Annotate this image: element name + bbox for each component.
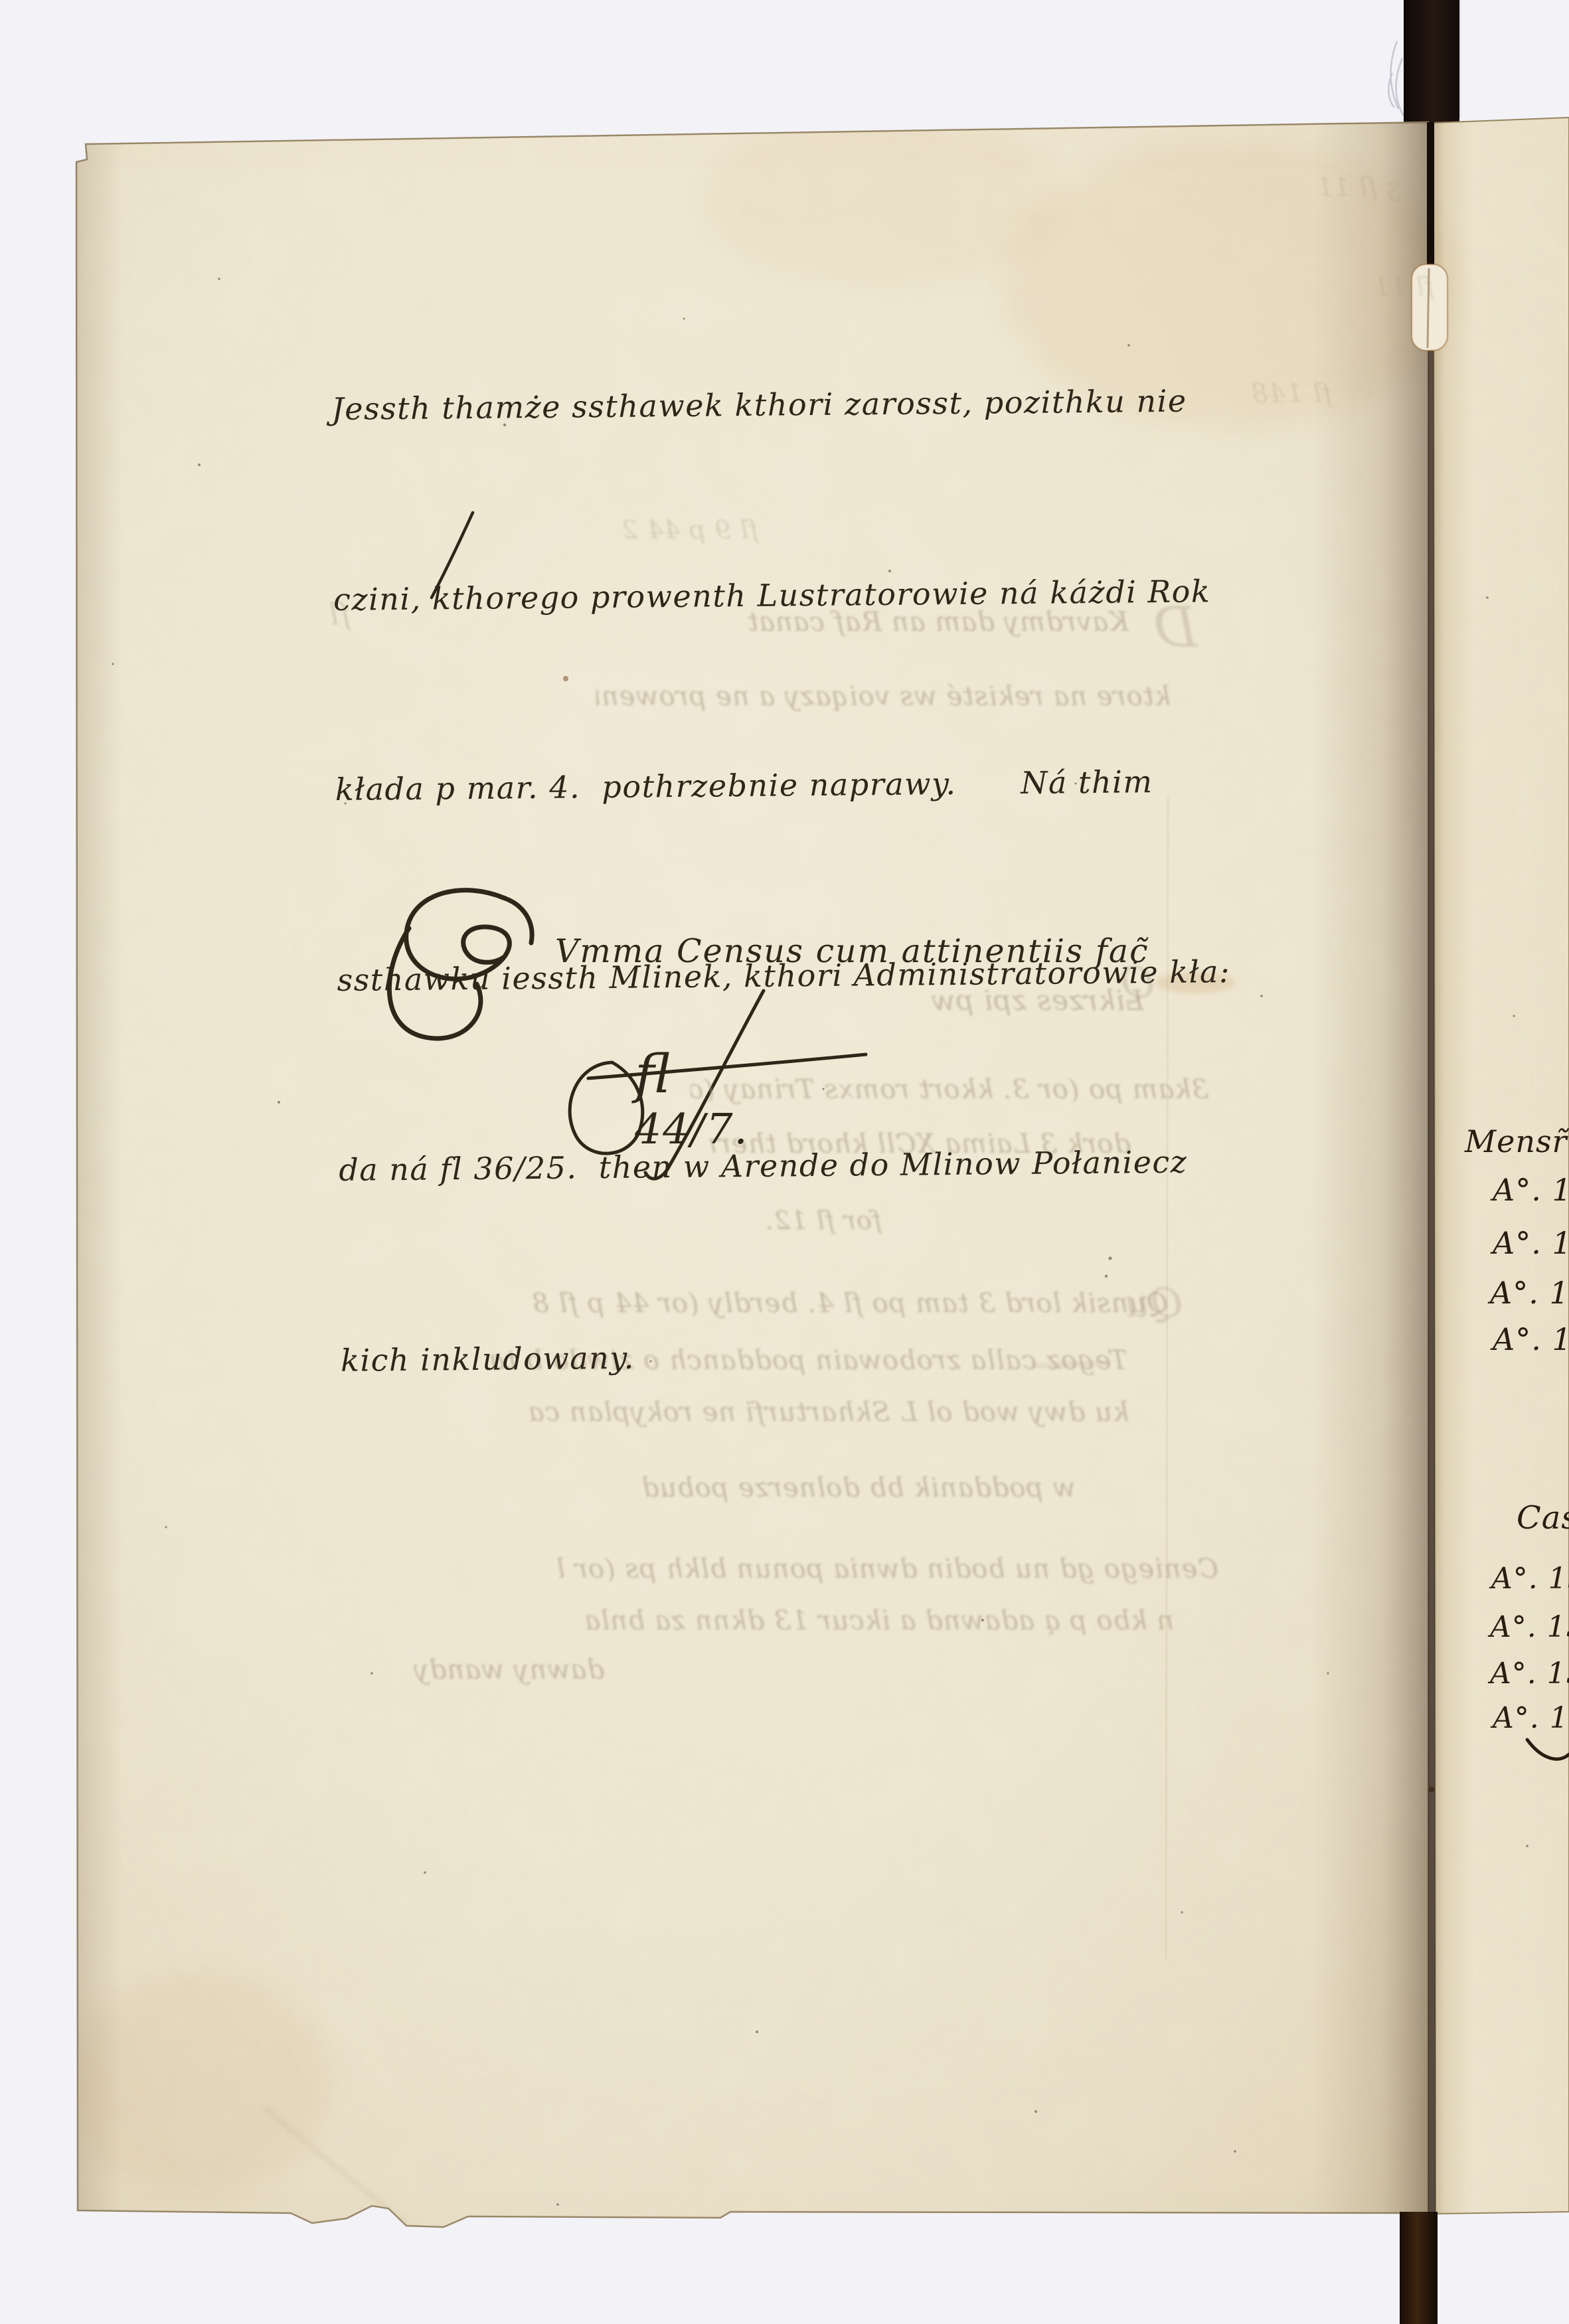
- bleedthrough-mark: ʒ fl 11: [1262, 173, 1401, 202]
- right-page-year-entry: A°. 158: [1490, 1610, 1569, 1644]
- main-paragraph: Jessth thamże ssthawek kthori zarosst, p…: [330, 243, 1198, 1456]
- bleedthrough-mark: fl 11: [1355, 272, 1434, 301]
- bleedthrough-line: dawny wandy: [412, 1655, 604, 1685]
- florin-symbol: fl: [635, 1043, 670, 1105]
- right-page-year-entry: A°. 158: [1490, 1657, 1569, 1691]
- summa-amount-value: 44/7.: [635, 1105, 749, 1153]
- manuscript-line: Jessth thamże ssthawek kthori zarosst, p…: [331, 370, 1189, 442]
- right-page-lower-header: Cas: [1517, 1499, 1569, 1536]
- bleedthrough-line: Ceniego gd nu bodin dwnia ponun blkh ps …: [412, 1554, 1218, 1584]
- manuscript-line: da ná fl 36/25. then w Arende do Mlinow …: [339, 1131, 1196, 1203]
- right-page-year-entry: A°. 15: [1493, 1321, 1569, 1357]
- right-page-year-entry: A°. 157: [1491, 1562, 1569, 1596]
- manuscript-line: kłada p mar. 4. pothrzebnie naprawy. Ná …: [335, 750, 1192, 822]
- right-page-upper-header: Mensr̃: [1465, 1123, 1568, 1159]
- gutter-ribbon-showthrough: [1427, 122, 1434, 278]
- scanned-manuscript-page: { "manuscript": { "description": "scan o…: [0, 0, 1569, 2324]
- bleedthrough-line: n kbo p ą adawnd a ikcur 13 dknn za bnla: [397, 1606, 1174, 1636]
- bookmark-ribbon-bottom: [1400, 2212, 1438, 2324]
- summa-heading: Vmma Census cum attinentiis fac̃: [555, 932, 1149, 970]
- right-page-year-entry: A°. 15: [1490, 1275, 1569, 1311]
- bleedthrough-mark: fl 148: [1226, 378, 1332, 409]
- bookmark-ribbon-top: [1404, 0, 1459, 136]
- right-page-year-entry: A°. 158: [1493, 1701, 1569, 1735]
- manuscript-line: kich inkludowany.: [341, 1321, 1198, 1392]
- right-page-year-entry: A°. 15: [1493, 1225, 1569, 1261]
- right-page-year-entry: A°. 15: [1493, 1172, 1569, 1208]
- bleedthrough-line: w poddanik bb dolnerze pobud: [525, 1473, 1076, 1503]
- manuscript-line: czini, kthorego prowenth Lustratorowie n…: [333, 560, 1191, 631]
- summa-amount: fl 44/7.: [606, 995, 749, 1153]
